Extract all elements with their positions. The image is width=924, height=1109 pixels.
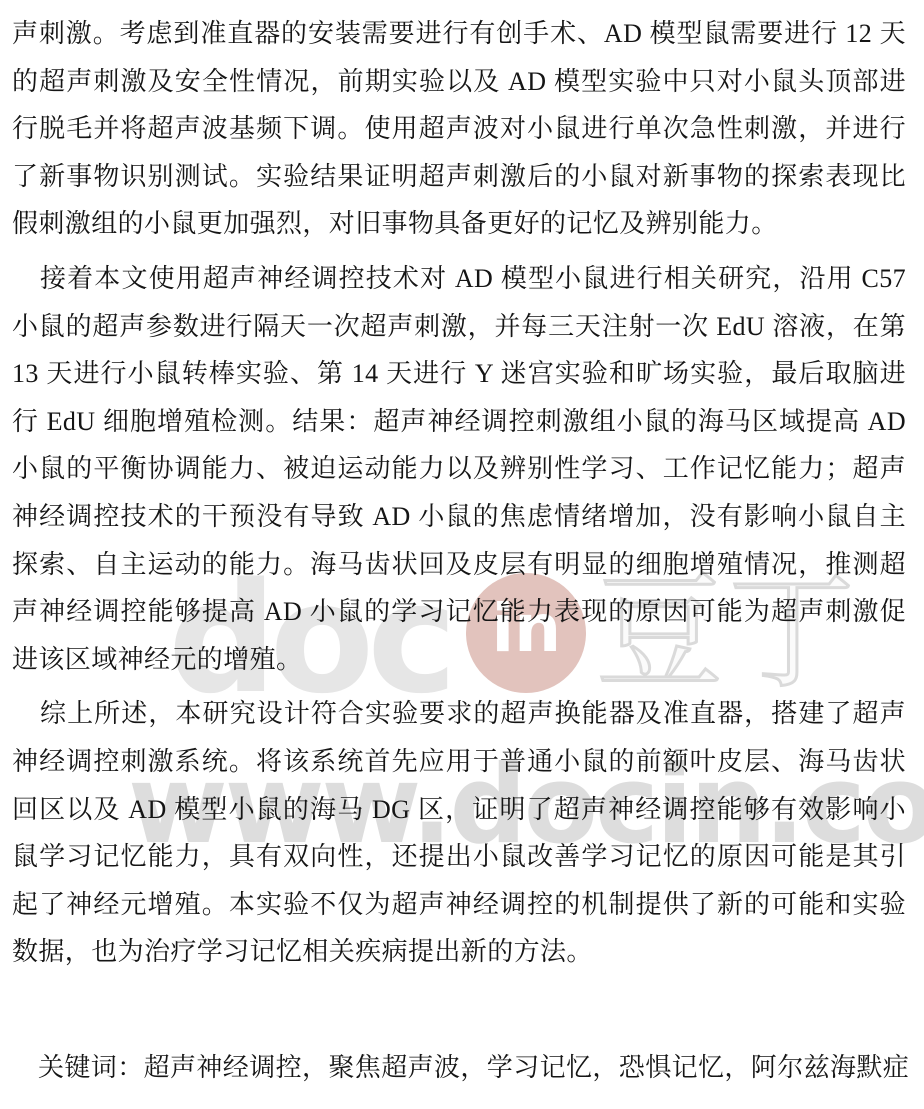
keywords-label: 关键词： — [38, 1053, 144, 1082]
body-paragraph-2: 接着本文使用超声神经调控技术对 AD 模型小鼠进行相关研究，沿用 C57 小鼠的… — [12, 255, 906, 683]
document-page: doc in 豆丁 www.docin.com 声刺激。考虑到准直器的安装需要进… — [0, 0, 924, 1109]
abstract-body: 声刺激。考虑到准直器的安装需要进行有创手术、AD 模型鼠需要进行 12 天的超声… — [12, 10, 906, 983]
keywords-text: 超声神经调控，聚焦超声波，学习记忆，恐惧记忆，阿尔兹海默症 — [144, 1053, 910, 1082]
keywords-line: 关键词：超声神经调控，聚焦超声波，学习记忆，恐惧记忆，阿尔兹海默症 — [38, 1048, 904, 1088]
body-paragraph-1: 声刺激。考虑到准直器的安装需要进行有创手术、AD 模型鼠需要进行 12 天的超声… — [12, 10, 906, 248]
body-paragraph-3: 综上所述，本研究设计符合实验要求的超声换能器及准直器，搭建了超声神经调控刺激系统… — [12, 690, 906, 976]
